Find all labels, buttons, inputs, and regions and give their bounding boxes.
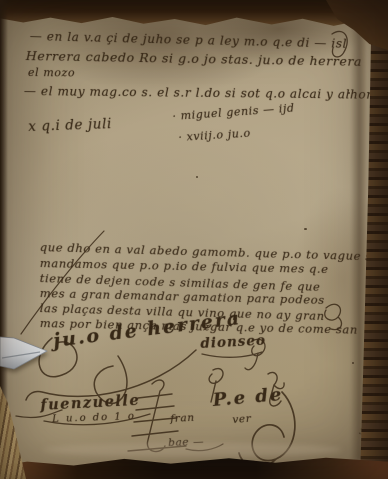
header-line-2: Herrera cabedo Ro si g.o jo stas. ju.o d… [26,48,362,69]
signature-4-large: P.e de [212,384,284,411]
ink-speck [304,228,307,230]
signature-2: dionseo [200,333,266,352]
margin-note-right-2: · xviij.o ju.o [178,127,251,144]
white-pointer-tip [0,328,60,376]
header-line-4: — el muy mag.co s. el s.r l.do si sot q.… [24,84,375,102]
margin-note-left: x q.i de juli [28,116,112,135]
signature-3-subscript: L u.o do 1 o [52,411,136,425]
header-line-3: el mozo [28,66,75,79]
margin-note-right-1: · miguel genis — ijd [172,101,295,123]
stacked-pages-corner [0,386,26,479]
signature-4-subscript: ver [232,413,252,426]
signature-4-small: fran [170,412,195,425]
ink-speck [196,176,198,178]
page-bottom-highlight [42,443,342,457]
header-line-1: — en la v.a çi de juho se p a ley m.o q.… [30,29,348,51]
manuscript-photo: — en la v.a çi de juho se p a ley m.o q.… [0,0,388,479]
